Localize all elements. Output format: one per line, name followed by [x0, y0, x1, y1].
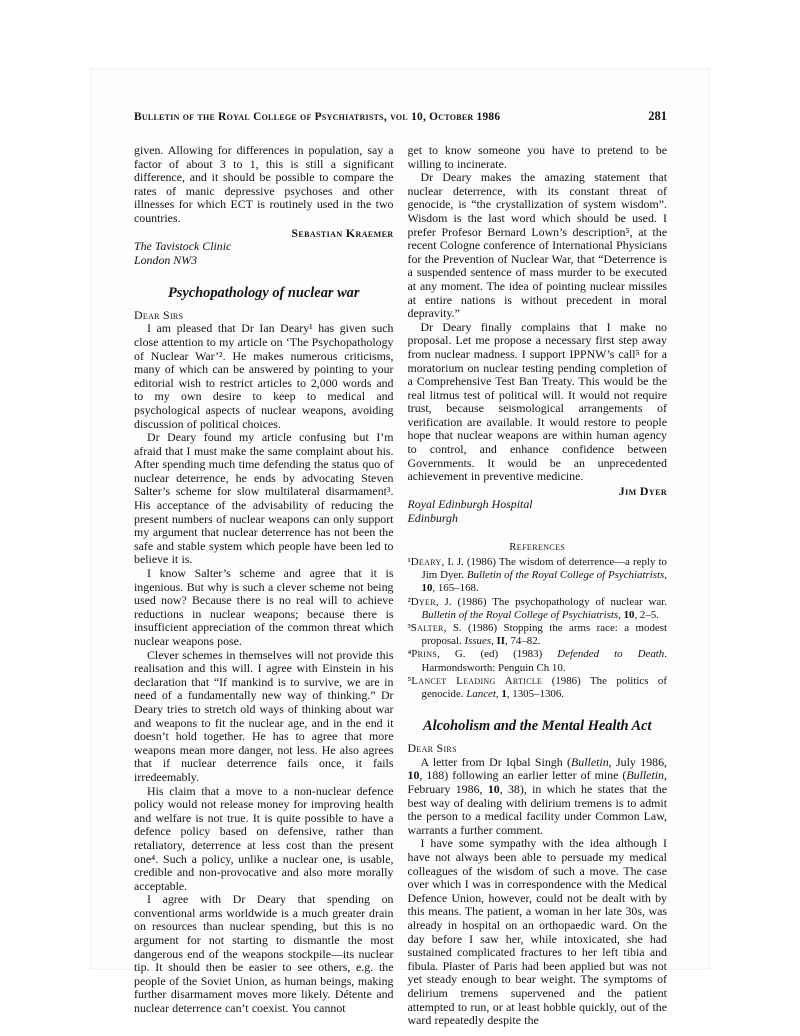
paragraph: A letter from Dr Iqbal Singh (Bulletin, …: [408, 756, 668, 838]
paragraph: Clever schemes in themselves will not pr…: [134, 649, 394, 785]
two-column-layout: given. Allowing for differences in popul…: [134, 144, 667, 1028]
salutation: Dear Sirs: [134, 309, 394, 323]
reference-item: ⁵Lancet Leading Article (1986) The polit…: [408, 675, 668, 701]
paragraph: His claim that a move to a non-nuclear d…: [134, 785, 394, 894]
address-line: Royal Edinburgh Hospital: [408, 498, 668, 512]
letter-title: Psychopathology of nuclear war: [134, 285, 394, 302]
paragraph: I know Salter’s scheme and agree that it…: [134, 567, 394, 649]
address-line: Edinburgh: [408, 512, 668, 526]
signature: Sebastian Kraemer: [134, 227, 394, 241]
paragraph: Dr Deary finally complains that I make n…: [408, 321, 668, 484]
paragraph: I have some sympathy with the idea altho…: [408, 837, 668, 1027]
reference-item: ²Dyer, J. (1986) The psychopathology of …: [408, 596, 668, 622]
address-line: The Tavistock Clinic: [134, 240, 394, 254]
paragraph: Dr Deary found my article confusing but …: [134, 431, 394, 567]
paragraph: given. Allowing for differences in popul…: [134, 144, 394, 226]
paragraph: get to know someone you have to pretend …: [408, 144, 668, 171]
page-number: 281: [648, 109, 667, 124]
letter-title: Alcoholism and the Mental Health Act: [408, 718, 668, 735]
journal-page: Bulletin of the Royal College of Psychia…: [90, 68, 710, 970]
reference-item: ³Salter, S. (1986) Stopping the arms rac…: [408, 622, 668, 648]
address-line: London NW3: [134, 254, 394, 268]
paragraph: Dr Deary makes the amazing statement tha…: [408, 171, 668, 321]
journal-title: Bulletin of the Royal College of Psychia…: [134, 111, 500, 123]
salutation: Dear Sirs: [408, 742, 668, 756]
reference-item: ¹Deary, I. J. (1986) The wisdom of deter…: [408, 556, 668, 596]
paragraph: I am pleased that Dr Ian Deary¹ has give…: [134, 322, 394, 431]
right-column: get to know someone you have to pretend …: [408, 144, 668, 1028]
page-header: Bulletin of the Royal College of Psychia…: [134, 109, 667, 124]
reference-item: ⁴Prins, G. (ed) (1983) Defended to Death…: [408, 648, 668, 674]
references-heading: References: [408, 541, 668, 553]
left-column: given. Allowing for differences in popul…: [134, 144, 394, 1028]
signature: Jim Dyer: [408, 485, 668, 499]
paragraph: I agree with Dr Deary that spending on c…: [134, 893, 394, 1015]
